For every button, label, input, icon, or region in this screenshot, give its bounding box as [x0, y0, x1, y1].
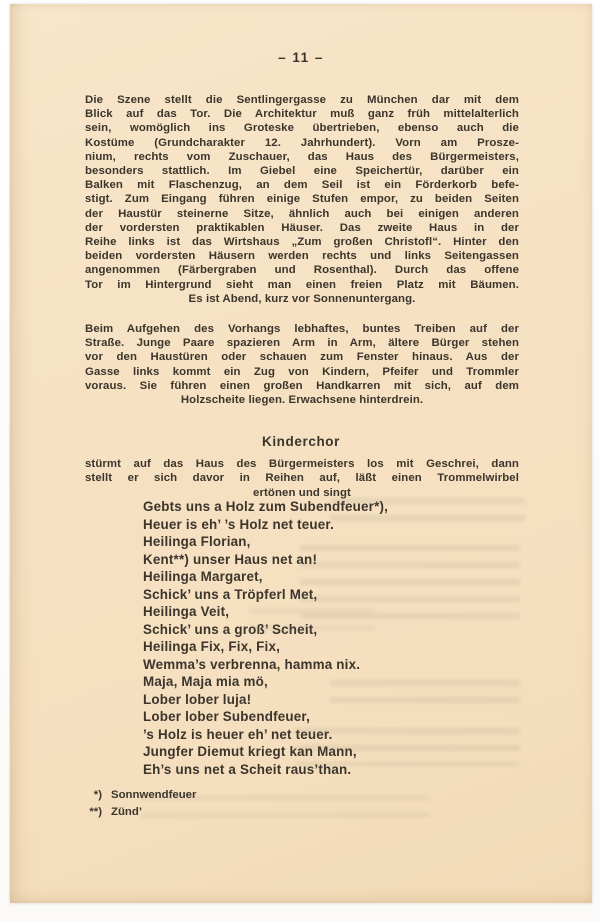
- text-line: besonders stattlich. Im Giebel eine Spei…: [85, 164, 519, 178]
- text-line: Kostüme (Grundcharakter 12. Jahrhundert)…: [85, 136, 519, 150]
- text-line: Gebts uns a Holz zum Subendfeuer*),: [143, 498, 543, 516]
- scene-heading-kinderchor: Kinderchor: [85, 434, 517, 449]
- text-line: Wemma’s verbrenna, hamma nix.: [143, 656, 543, 674]
- text-line: Heilinga Florian,: [143, 533, 543, 551]
- text-line: voraus. Sie führen einen großen Handkarr…: [85, 379, 519, 393]
- footnote-zuend: **) Zünd’: [66, 804, 196, 821]
- text-line: Schick’ uns a groß’ Scheit,: [143, 621, 543, 639]
- text-line: stellt er sich davor in Reihen auf, läßt…: [85, 471, 519, 485]
- text-line: Reihe links ist das Wirtshaus „Zum große…: [85, 235, 519, 249]
- text-line: Jungfer Diemut kriegt kan Mann,: [143, 743, 543, 761]
- text-line: sein, womöglich ins Groteske übertrieben…: [85, 121, 519, 135]
- text-line: angenommen (Färbergraben und Rosenthal).…: [85, 263, 519, 277]
- stage-description-2: Beim Aufgehen des Vorhangs lebhaftes, bu…: [85, 322, 519, 393]
- text-line: Lober lober Subendfeuer,: [143, 708, 543, 726]
- text-line: Lober lober luja!: [143, 691, 543, 709]
- page-number: – 11 –: [85, 50, 517, 65]
- text-line: Kent**) unser Haus net an!: [143, 551, 543, 569]
- text-line: Eh’s uns net a Scheit raus’than.: [143, 761, 543, 779]
- text-line: stigt. Zum Eingang führen einige Stufen …: [85, 192, 519, 206]
- text-line: Beim Aufgehen des Vorhangs lebhaftes, bu…: [85, 322, 519, 336]
- footnote-text: Zünd’: [111, 804, 142, 821]
- footnote-sonnwendfeuer: *) Sonnwendfeuer: [66, 787, 196, 804]
- paper-sheet: – 11 – Die Szene stellt die Sentlingerga…: [10, 4, 592, 903]
- text-line: ’s Holz is heuer eh’ net teuer.: [143, 726, 543, 744]
- text-line: der Haustür steinerne Sitze, ähnlich auc…: [85, 207, 519, 221]
- text-line: Die Szene stellt die Sentlingergasse zu …: [85, 93, 519, 107]
- text-line: Straße. Junge Paare spazieren Arm in Arm…: [85, 336, 519, 350]
- stage-direction: stürmt auf das Haus des Bürgermeisters l…: [85, 457, 519, 486]
- text-line: Maja, Maja mia mö,: [143, 673, 543, 691]
- footnote-marker: **): [66, 804, 102, 821]
- stage-description-2-centered-line: Holzscheite liegen. Erwachsene hinterdre…: [85, 393, 519, 407]
- footnote-text: Sonnwendfeuer: [111, 787, 196, 804]
- stage-description-1-centered-line: Es ist Abend, kurz vor Sonnenuntergang.: [85, 292, 519, 306]
- text-line: Heilinga Veit,: [143, 603, 543, 621]
- text-line: Blick auf das Tor. Die Architektur muß g…: [85, 107, 519, 121]
- text-line: der vordersten praktikablen Häuser. Das …: [85, 221, 519, 235]
- text-line: Gasse links kommt ein Zug von Kindern, P…: [85, 365, 519, 379]
- footnote-marker: *): [66, 787, 102, 804]
- song-verse: Gebts uns a Holz zum Subendfeuer*),Heuer…: [143, 498, 543, 778]
- stage-description-1: Die Szene stellt die Sentlingergasse zu …: [85, 93, 519, 292]
- text-line: vor den Haustüren oder schauen zum Fenst…: [85, 350, 519, 364]
- text-line: Balken mit Flaschenzug, an dem Seil ist …: [85, 178, 519, 192]
- text-line: Heilinga Fix, Fix, Fix,: [143, 638, 543, 656]
- scanned-book-page: – 11 – Die Szene stellt die Sentlingerga…: [0, 0, 600, 921]
- text-line: Schick’ uns a Tröpferl Met,: [143, 586, 543, 604]
- text-line: Tor im Hintergrund sieht man einen freie…: [85, 278, 519, 292]
- text-line: beiden vordersten Häusern werden rechts …: [85, 249, 519, 263]
- text-line: Heuer is eh’ ’s Holz net teuer.: [143, 516, 543, 534]
- text-line: Heilinga Margaret,: [143, 568, 543, 586]
- text-line: nium, rechts vom Zuschauer, das Haus des…: [85, 150, 519, 164]
- text-line: stürmt auf das Haus des Bürgermeisters l…: [85, 457, 519, 471]
- footnotes: *) Sonnwendfeuer **) Zünd’: [66, 787, 196, 820]
